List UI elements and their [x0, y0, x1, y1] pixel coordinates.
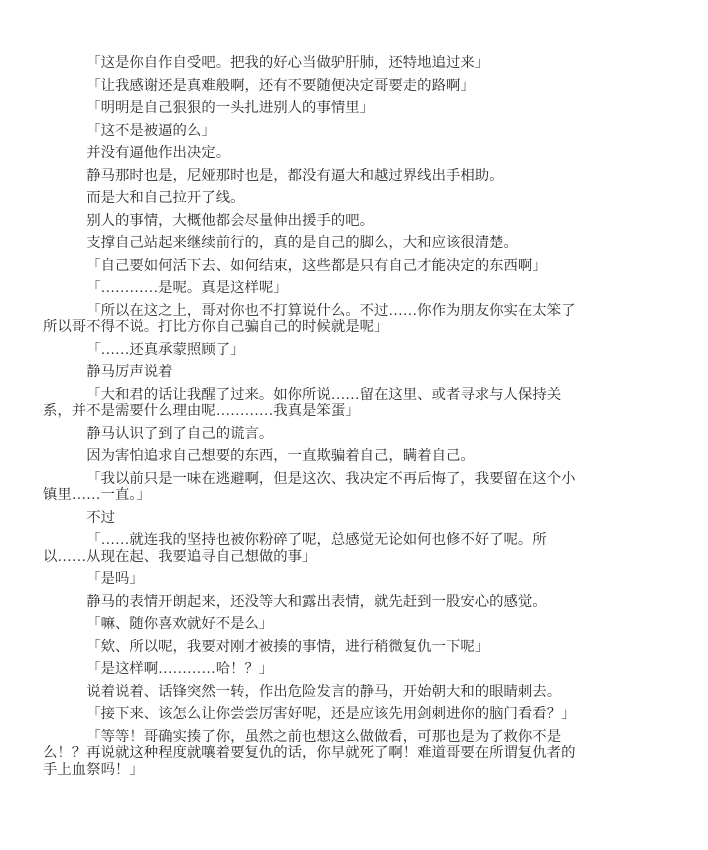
paragraph: 「欸、所以呢，我要对刚才被揍的事情，进行稍微复仇一下呢」 [43, 639, 580, 656]
paragraph: 而是大和自己拉开了线。 [43, 190, 580, 207]
paragraph: 「我以前只是一味在逃避啊，但是这次、我决定不再后悔了，我要留在这个小镇里……一直… [43, 471, 580, 504]
novel-text-body: 「这是你自作自受吧。把我的好心当做驴肝肺，还特地追过来」「让我感谢还是真难般啊，… [43, 55, 580, 784]
paragraph: 因为害怕追求自己想要的东西，一直欺骗着自己，瞒着自己。 [43, 448, 580, 465]
paragraph: 「等等！哥确实揍了你，虽然之前也想这么做做看，可那也是为了救你不是么！？再说就这… [43, 729, 580, 779]
paragraph: 支撑自己站起来继续前行的，真的是自己的脚么，大和应该很清楚。 [43, 235, 580, 252]
paragraph: 不过 [43, 510, 580, 527]
paragraph: 「…………是呢。真是这样呢」 [43, 280, 580, 297]
paragraph: 静马的表情开朗起来，还没等大和露出表情，就先赶到一股安心的感觉。 [43, 594, 580, 611]
paragraph: 「……就连我的坚持也被你粉碎了呢，总感觉无论如何也修不好了呢。所以……从现在起、… [43, 532, 580, 565]
paragraph: 「这不是被逼的么」 [43, 123, 580, 140]
paragraph: 「这是你自作自受吧。把我的好心当做驴肝肺，还特地追过来」 [43, 55, 580, 72]
paragraph: 静马那时也是，尼娅那时也是，都没有逼大和越过界线出手相助。 [43, 168, 580, 185]
document-page: 「这是你自作自受吧。把我的好心当做驴肝肺，还特地追过来」「让我感谢还是真难般啊，… [0, 0, 708, 850]
paragraph: 「是吗」 [43, 571, 580, 588]
paragraph: 「是这样啊…………哈！？」 [43, 661, 580, 678]
paragraph: 「……还真承蒙照顾了」 [43, 342, 580, 359]
paragraph: 「让我感谢还是真难般啊，还有不要随便决定哥要走的路啊」 [43, 78, 580, 95]
paragraph: 「自己要如何活下去、如何结束，这些都是只有自己才能决定的东西啊」 [43, 258, 580, 275]
paragraph: 别人的事情，大概他都会尽量伸出援手的吧。 [43, 213, 580, 230]
paragraph: 静马厉声说着 [43, 364, 580, 381]
paragraph: 「明明是自己狠狠的一头扎进别人的事情里」 [43, 100, 580, 117]
paragraph: 「嘛、随你喜欢就好不是么」 [43, 616, 580, 633]
paragraph: 静马认识了到了自己的谎言。 [43, 426, 580, 443]
paragraph: 「大和君的话让我醒了过来。如你所说……留在这里、或者寻求与人保持关系，并不是需要… [43, 387, 580, 420]
paragraph: 并没有逼他作出决定。 [43, 145, 580, 162]
paragraph: 「所以在这之上，哥对你也不打算说什么。不过……你作为朋友你实在太笨了所以哥不得不… [43, 303, 580, 336]
paragraph: 说着说着、话锋突然一转，作出危险发言的静马，开始朝大和的眼睛刺去。 [43, 684, 580, 701]
paragraph: 「接下来、该怎么让你尝尝厉害好呢，还是应该先用剑刺进你的脑门看看？」 [43, 706, 580, 723]
